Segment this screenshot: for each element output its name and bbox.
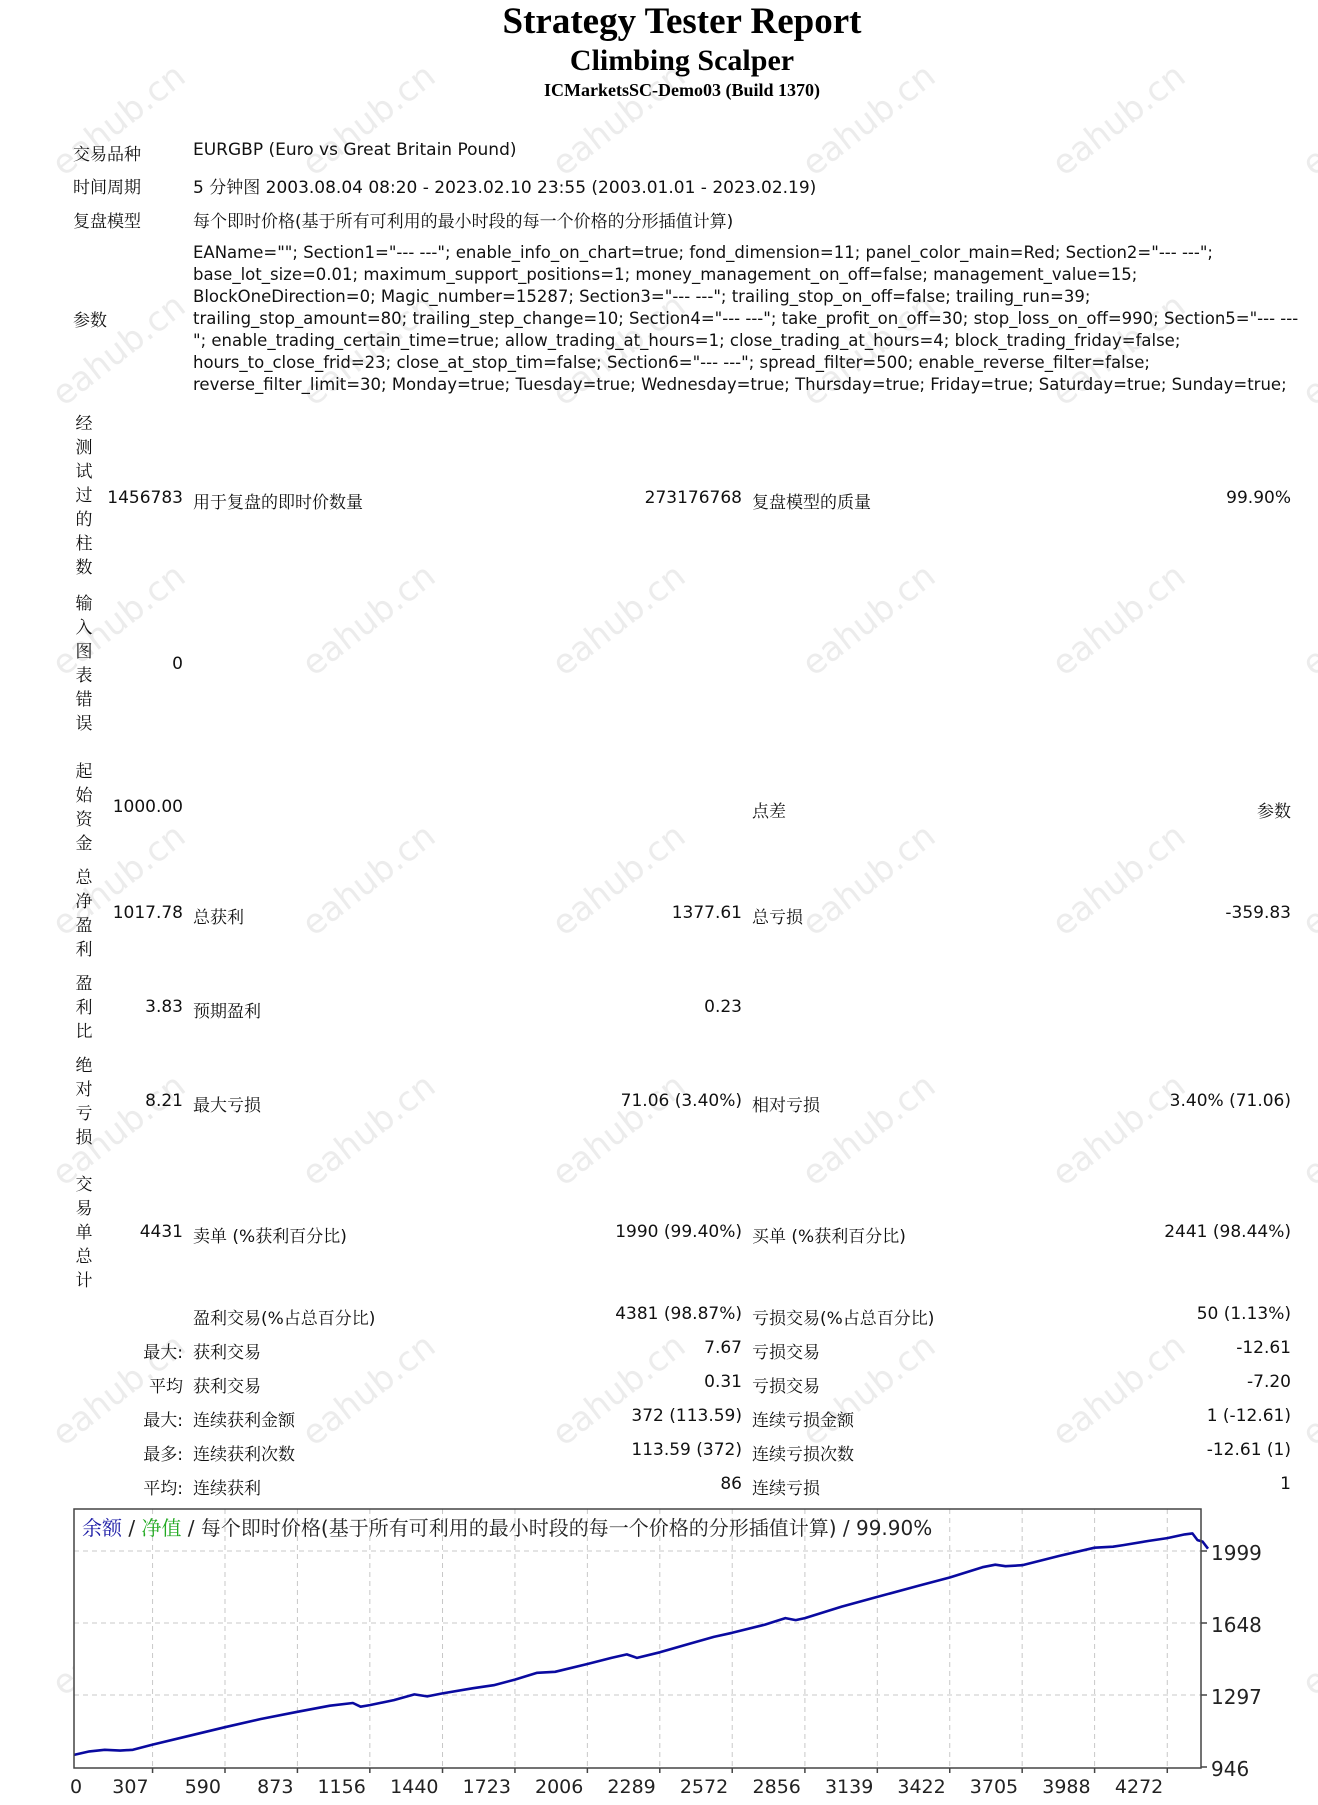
x-tick-label: 2289	[607, 1776, 655, 1798]
x-tick-label: 590	[185, 1776, 221, 1798]
chart-title-part: 余额	[82, 1516, 123, 1540]
x-tick-label: 307	[112, 1776, 148, 1798]
y-tick-label: 946	[1211, 1757, 1249, 1781]
x-tick-label: 3705	[970, 1776, 1018, 1798]
plot-area	[74, 1509, 1201, 1768]
x-tick-label: 4272	[1115, 1776, 1163, 1798]
x-tick-label: 3988	[1042, 1776, 1090, 1798]
x-tick-label: 873	[257, 1776, 293, 1798]
x-tick-label: 1440	[390, 1776, 438, 1798]
chart-title-part: /	[122, 1516, 141, 1540]
x-tick-label: 2856	[753, 1776, 801, 1798]
balance-chart: 9461297164819990307590873115614401723200…	[0, 0, 1318, 1805]
y-tick-label: 1297	[1211, 1685, 1262, 1709]
x-tick-label: 2572	[680, 1776, 728, 1798]
y-tick-label: 1999	[1211, 1541, 1262, 1565]
x-tick-label: 2006	[535, 1776, 583, 1798]
x-tick-label: 1156	[317, 1776, 365, 1798]
chart-title-part: / 每个即时价格(基于所有可利用的最小时段的每一个价格的分形插值计算) / 99…	[181, 1516, 932, 1540]
chart-title: 余额 / 净值 / 每个即时价格(基于所有可利用的最小时段的每一个价格的分形插值…	[82, 1516, 932, 1540]
x-tick-label: 3139	[825, 1776, 873, 1798]
x-tick-label: 1723	[463, 1776, 511, 1798]
x-tick-label: 3422	[897, 1776, 945, 1798]
y-tick-label: 1648	[1211, 1613, 1262, 1637]
x-tick-label: 0	[70, 1776, 82, 1798]
chart-title-part: 净值	[141, 1516, 181, 1540]
